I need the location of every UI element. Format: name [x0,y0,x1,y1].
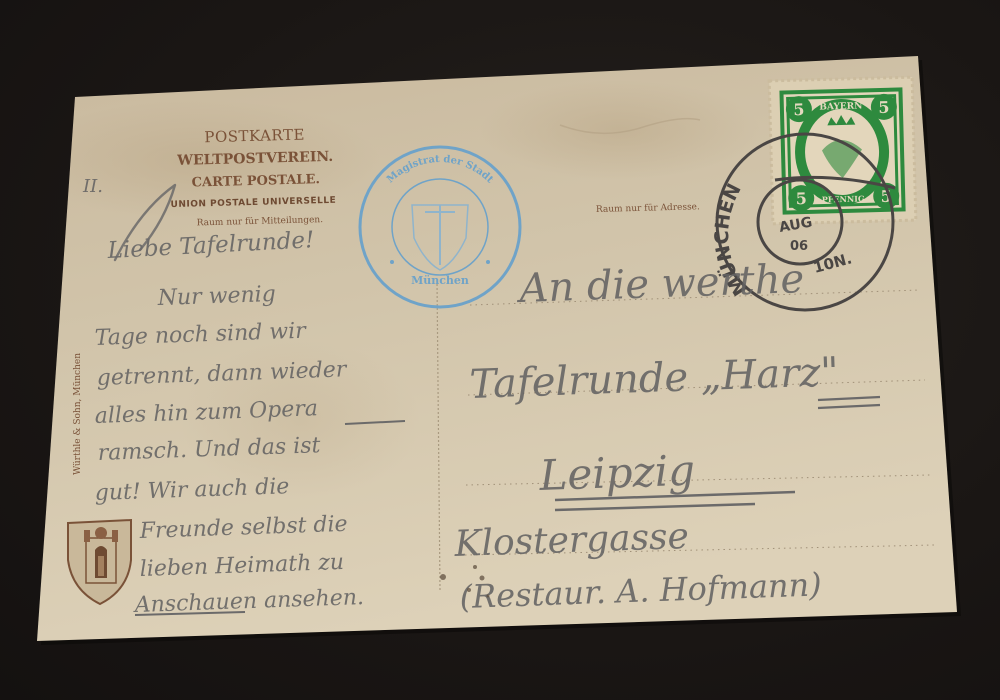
stamp-currency: PFENNIG [822,193,865,204]
stamp-country: BAYERN [819,101,862,112]
stamp-denomination-tl: 5 [793,100,805,119]
publisher-imprint: Würthle & Sohn, München [73,353,83,475]
stamp-denomination-bl: 5 [795,189,807,208]
postcard: POSTKARTE WELTPOSTVEREIN. CARTE POSTALE.… [0,0,1000,700]
stamp-denomination-tr: 5 [878,98,890,117]
postmark-year: 06 [790,239,808,254]
seal-bottom-text: München [411,274,469,287]
address-line-4: Klostergasse [453,516,690,565]
postcard-scene: POSTKARTE WELTPOSTVEREIN. CARTE POSTALE.… [0,0,1000,700]
address-line-3: Leipzig [538,446,696,500]
roman-numeral-mark: II. [82,176,103,197]
postage-stamp: 5 5 5 5 BAYERN PFENNIG [769,77,916,224]
message-line-2: Nur wenig [156,282,276,311]
header-postkarte: POSTKARTE [204,126,305,147]
